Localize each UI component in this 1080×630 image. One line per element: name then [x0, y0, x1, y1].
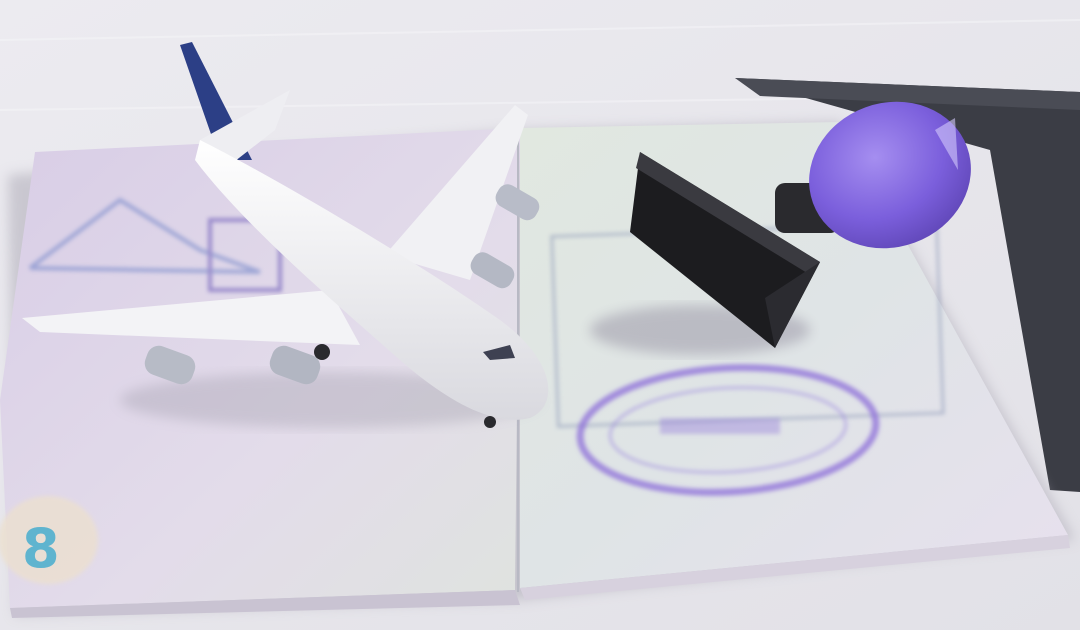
page-number: 8 — [22, 517, 60, 580]
photo-scene: 8 — [0, 0, 1080, 630]
